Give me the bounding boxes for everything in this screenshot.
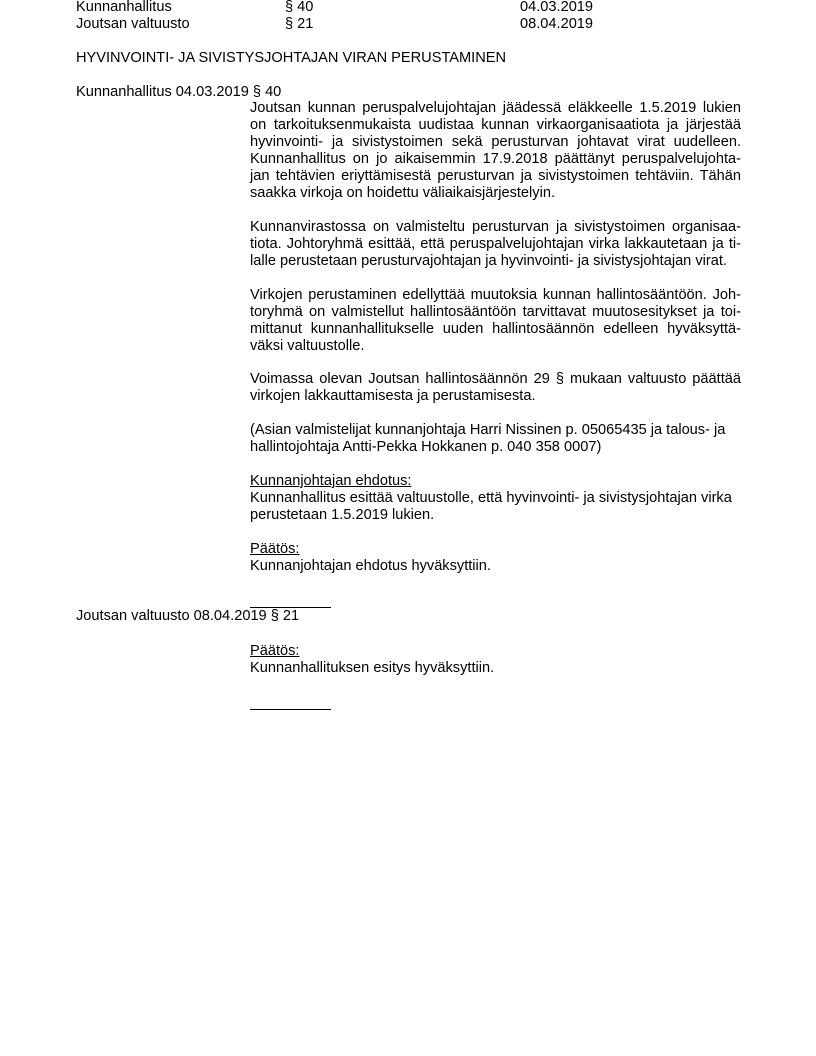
line: hyvinvointi- ja sivistystoimen sekä peru…	[250, 134, 741, 151]
paragraph-2: Kunnanvirastossa on valmisteltu perustur…	[250, 219, 741, 270]
line: virkojen lakkauttamisesta ja perustamise…	[250, 388, 741, 405]
meeting-heading-2: Joutsan valtuusto 08.04.2019 § 21	[76, 608, 299, 625]
decision-text: Kunnanhallituksen esitys hyväksyttiin.	[250, 660, 741, 677]
line: Kunnanvirastossa on valmisteltu perustur…	[250, 219, 741, 236]
line: mittanut kunnanhallitukselle uuden halli…	[250, 321, 741, 338]
paragraph-5: (Asian valmistelijat kunnanjohtaja Harri…	[250, 422, 741, 456]
line: Virkojen perustaminen edellyttää muutoks…	[250, 287, 741, 304]
line: jan tehtävien eriyttämisestä perusturvan…	[250, 168, 741, 185]
decision-section-2: Päätös: Kunnanhallituksen esitys hyväksy…	[250, 643, 741, 677]
paragraph-4: Voimassa olevan Joutsan hallintosäännön …	[250, 371, 741, 405]
line: lalle perustetaan perusturvajohtajan ja …	[250, 253, 741, 270]
decision-text: Kunnanjohtajan ehdotus hyväksyttiin.	[250, 558, 741, 575]
proposal-section: Kunnanjohtajan ehdotus: Kunnanhallitus e…	[250, 473, 741, 524]
decision-section-1: Päätös: Kunnanjohtajan ehdotus hyväksytt…	[250, 541, 741, 575]
paragraph-3: Virkojen perustaminen edellyttää muutoks…	[250, 287, 741, 355]
header-body-2: Joutsan valtuusto	[76, 16, 190, 33]
line: perustetaan 1.5.2019 lukien.	[250, 507, 741, 524]
header-section-2: § 21	[285, 16, 313, 33]
separator-line	[250, 709, 331, 710]
line: toryhmä on valmistellut hallintosääntöön…	[250, 304, 741, 321]
header-body-1: Kunnanhallitus	[76, 0, 172, 16]
line: Kunnanhallitus on jo aikaisemmin 17.9.20…	[250, 151, 741, 168]
proposal-label: Kunnanjohtajan ehdotus:	[250, 473, 741, 490]
decision-label: Päätös:	[250, 643, 741, 660]
line: Voimassa olevan Joutsan hallintosäännön …	[250, 371, 741, 388]
header-section-1: § 40	[285, 0, 313, 16]
header-date-1: 04.03.2019	[520, 0, 593, 16]
line: väksi valtuustolle.	[250, 338, 741, 355]
paragraph-1: Joutsan kunnan peruspalvelujohtajan jääd…	[250, 100, 741, 202]
meeting-heading-1: Kunnanhallitus 04.03.2019 § 40	[76, 84, 281, 101]
decision-label: Päätös:	[250, 541, 741, 558]
line: (Asian valmistelijat kunnanjohtaja Harri…	[250, 422, 741, 439]
line: Kunnanhallitus esittää valtuustolle, ett…	[250, 490, 741, 507]
line: Joutsan kunnan peruspalvelujohtajan jääd…	[250, 100, 741, 117]
line: tiota. Johtoryhmä esittää, että peruspal…	[250, 236, 741, 253]
document-title: HYVINVOINTI- JA SIVISTYSJOHTAJAN VIRAN P…	[76, 50, 506, 67]
line: saakka virkoja on hoidettu väliaikaisjär…	[250, 185, 741, 202]
header-date-2: 08.04.2019	[520, 16, 593, 33]
line: on tarkoituksenmukaista uudistaa kunnan …	[250, 117, 741, 134]
line: hallintojohtaja Antti-Pekka Hokkanen p. …	[250, 439, 741, 456]
